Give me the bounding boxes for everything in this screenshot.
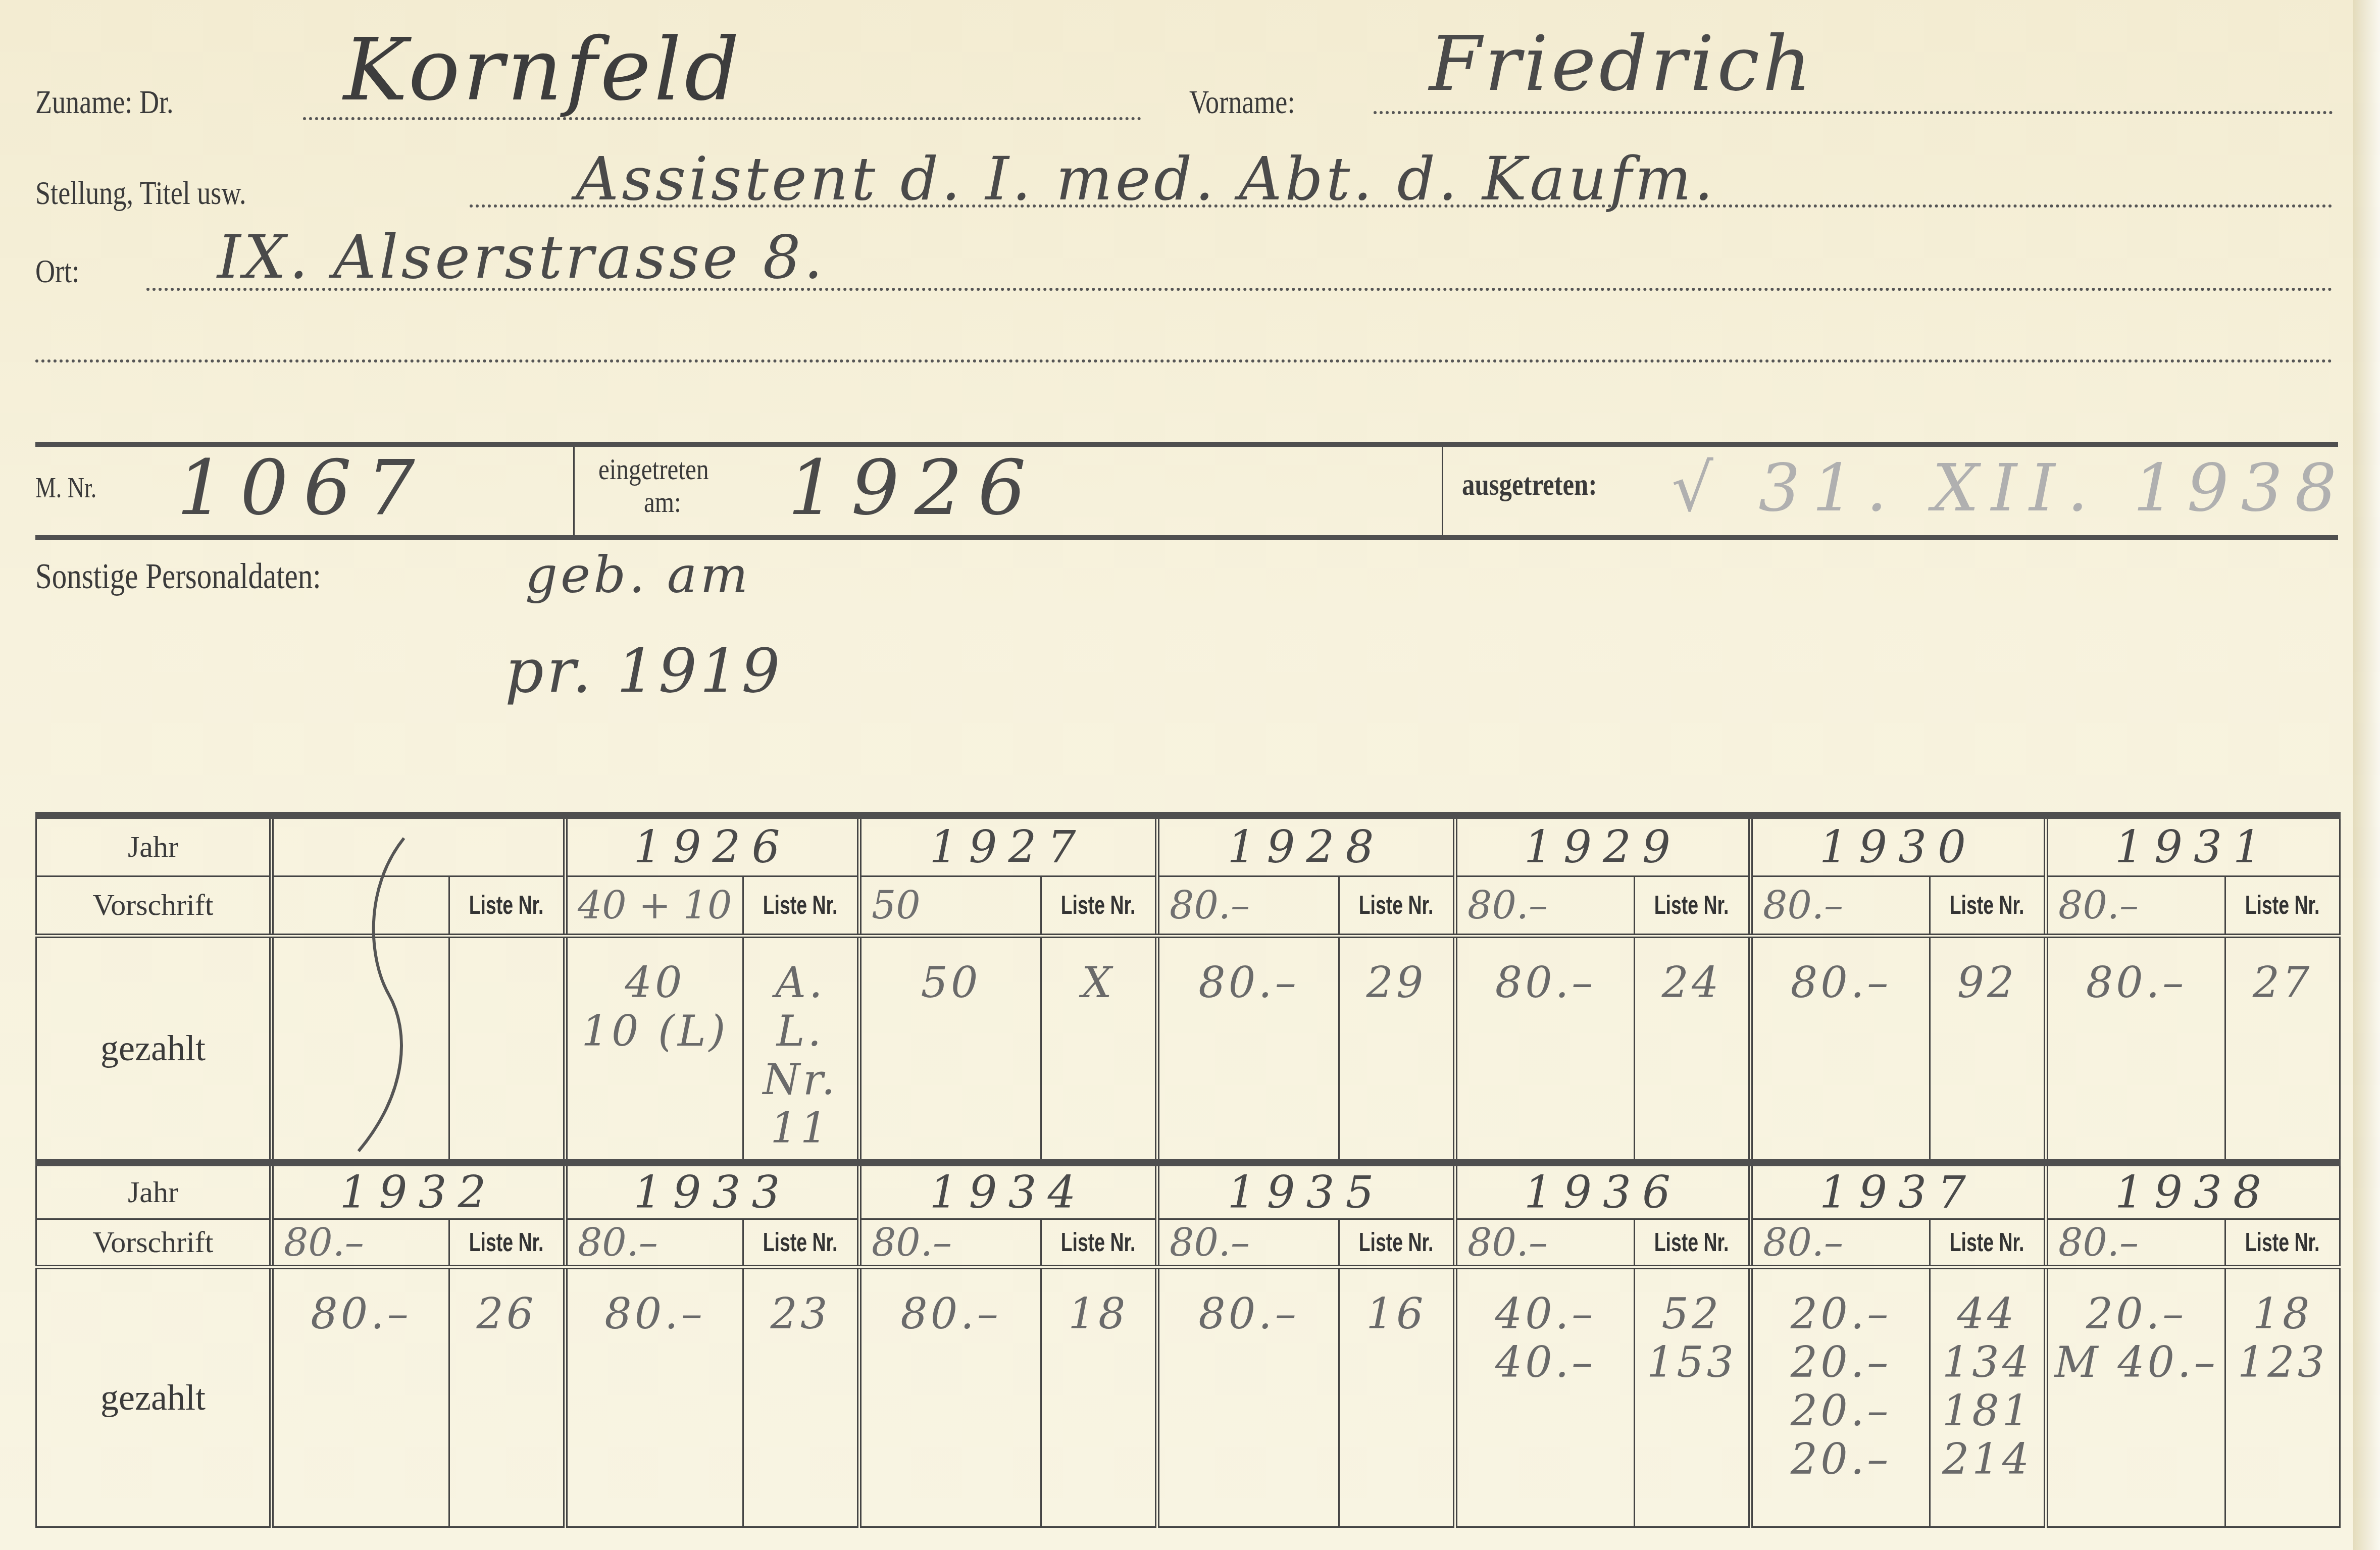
paid-amount: 50: [862, 958, 1040, 1007]
vorschrift-amount[interactable]: 80.–: [859, 1219, 1041, 1267]
liste-number: 123: [2226, 1338, 2339, 1386]
zuname-label: Zuname: Dr.: [35, 83, 174, 122]
vorschrift-amount[interactable]: 40 + 10: [566, 876, 743, 936]
liste-label: Liste Nr.: [763, 1227, 838, 1258]
paid-amount-cell[interactable]: 80.–: [859, 1267, 1041, 1527]
liste-number: 92: [1931, 958, 2044, 1007]
paid-amount-cell[interactable]: 20.–20.–20.–20.–: [1751, 1267, 1930, 1527]
vorschrift-amount[interactable]: 80.–: [1157, 876, 1339, 936]
paid-amount: 20.–: [2048, 1289, 2224, 1338]
year-cell[interactable]: 1927: [859, 815, 1157, 876]
liste-number-cell[interactable]: 44134181214: [1930, 1267, 2046, 1527]
liste-number: X: [1042, 958, 1155, 1007]
liste-header: Liste Nr.: [1041, 876, 1157, 936]
paid-amount-cell[interactable]: 4010 (L): [566, 936, 743, 1163]
paid-amount: 40: [568, 958, 742, 1007]
vorschrift-amount[interactable]: 50: [859, 876, 1041, 936]
liste-number: 214: [1931, 1435, 2044, 1483]
paid-amount: 10 (L): [568, 1007, 742, 1055]
liste-label: Liste Nr.: [1359, 1227, 1434, 1258]
membership-card: Zuname: Dr. Kornfeld Vorname: Friedrich …: [0, 0, 2353, 1550]
vorschrift-amount[interactable]: 80.–: [2046, 1219, 2225, 1267]
liste-number-cell[interactable]: 24: [1635, 936, 1751, 1163]
liste-number: Nr. 11: [744, 1055, 857, 1152]
liste-label: Liste Nr.: [1359, 890, 1434, 920]
gezahlt-label: gezahlt: [36, 936, 272, 1163]
liste-number-cell[interactable]: [449, 936, 566, 1163]
paid-amount-cell[interactable]: 80.–: [566, 1267, 743, 1527]
liste-label: Liste Nr.: [1654, 1227, 1729, 1258]
ort-label: Ort:: [35, 252, 79, 291]
liste-number: 52: [1635, 1289, 1748, 1338]
ausgetreten-label: ausgetreten:: [1462, 467, 1597, 503]
liste-number: 181: [1931, 1386, 2044, 1435]
ort-value[interactable]: IX. Alserstrasse 8.: [217, 222, 826, 292]
liste-number: 29: [1340, 958, 1453, 1007]
vorschrift-row: Vorschrift80.–Liste Nr.80.–Liste Nr.80.–…: [36, 1219, 2340, 1267]
rule-bottom: [35, 535, 2338, 540]
paid-amount: 80.–: [1159, 958, 1338, 1007]
paid-amount-cell[interactable]: 80.–: [1751, 936, 1930, 1163]
paid-amount-cell[interactable]: 80.–: [2046, 936, 2225, 1163]
vorschrift-label: Vorschrift: [36, 876, 272, 936]
vorschrift-amount[interactable]: 80.–: [566, 1219, 743, 1267]
liste-header: Liste Nr.: [1041, 1219, 1157, 1267]
liste-number: 18: [1042, 1289, 1155, 1338]
liste-header: Liste Nr.: [1339, 1219, 1455, 1267]
jahr-label: Jahr: [36, 1163, 272, 1219]
mnr-label: M. Nr.: [35, 472, 96, 504]
paid-amount: 80.–: [568, 1289, 742, 1338]
vorschrift-amount[interactable]: 80.–: [1455, 1219, 1635, 1267]
liste-header: Liste Nr.: [743, 876, 859, 936]
liste-label: Liste Nr.: [1061, 1227, 1136, 1258]
liste-header: Liste Nr.: [1339, 876, 1455, 936]
year-cell[interactable]: 1934: [859, 1163, 1157, 1219]
year-cell[interactable]: 1930: [1751, 815, 2046, 876]
liste-number-cell[interactable]: 18: [1041, 1267, 1157, 1527]
liste-number-cell[interactable]: 92: [1930, 936, 2046, 1163]
eingetreten-value[interactable]: 1926: [788, 444, 1041, 532]
year-cell[interactable]: 1933: [566, 1163, 859, 1219]
vorschrift-amount[interactable]: 80.–: [272, 1219, 449, 1267]
liste-header: Liste Nr.: [1930, 876, 2046, 936]
paid-amount: 40.–: [1457, 1289, 1634, 1338]
liste-number-cell[interactable]: X: [1041, 936, 1157, 1163]
liste-number-cell[interactable]: 18123: [2225, 1267, 2340, 1527]
liste-label: Liste Nr.: [1950, 1227, 2024, 1258]
paid-amount: 80.–: [1753, 958, 1929, 1007]
liste-label: Liste Nr.: [763, 890, 838, 920]
year-cell[interactable]: 1931: [2046, 815, 2340, 876]
year-cell[interactable]: 1929: [1455, 815, 1751, 876]
liste-label: Liste Nr.: [1061, 890, 1136, 920]
liste-number: 134: [1931, 1338, 2044, 1386]
liste-number-cell[interactable]: 27: [2225, 936, 2340, 1163]
liste-number: 26: [450, 1289, 563, 1338]
paid-amount: 80.–: [274, 1289, 448, 1338]
liste-number-cell[interactable]: A. L.Nr. 11: [743, 936, 859, 1163]
paid-amount: 20.–: [1753, 1435, 1929, 1483]
vorschrift-amount[interactable]: 80.–: [1751, 876, 1930, 936]
year-cell[interactable]: 1938: [2046, 1163, 2340, 1219]
vorschrift-amount[interactable]: 80.–: [2046, 876, 2225, 936]
liste-header: Liste Nr.: [1930, 1219, 2046, 1267]
year-cell[interactable]: 1932: [272, 1163, 566, 1219]
vorname-line: [1374, 111, 2333, 114]
year-cell[interactable]: 1936: [1455, 1163, 1751, 1219]
year-cell[interactable]: 1926: [566, 815, 859, 876]
personal-data-line-1[interactable]: geb. am: [525, 545, 751, 604]
gezahlt-label: gezahlt: [36, 1267, 272, 1527]
liste-number-cell[interactable]: 23: [743, 1267, 859, 1527]
liste-header: Liste Nr.: [1635, 876, 1751, 936]
paid-amount: 80.–: [1457, 958, 1634, 1007]
year-cell[interactable]: 1937: [1751, 1163, 2046, 1219]
ausgetreten-value[interactable]: √ 31. XII. 1938: [1672, 449, 2349, 526]
vorname-label: Vorname:: [1189, 83, 1295, 122]
liste-number-cell[interactable]: 16: [1339, 1267, 1455, 1527]
jahr-row: Jahr1932193319341935193619371938: [36, 1163, 2340, 1219]
stellung-label: Stellung, Titel usw.: [35, 174, 246, 213]
liste-number: 44: [1931, 1289, 2044, 1338]
vorname-value[interactable]: Friedrich: [1429, 20, 1814, 108]
liste-header: Liste Nr.: [743, 1219, 859, 1267]
eingetreten-label: eingetreten: [598, 452, 709, 487]
liste-number: 24: [1635, 958, 1748, 1007]
year-cell[interactable]: 1928: [1157, 815, 1455, 876]
vorschrift-amount[interactable]: 80.–: [1751, 1219, 1930, 1267]
liste-label: Liste Nr.: [469, 890, 544, 920]
vorschrift-amount[interactable]: 80.–: [1455, 876, 1635, 936]
paid-amount-cell[interactable]: 80.–: [1157, 1267, 1339, 1527]
liste-label: Liste Nr.: [2245, 1227, 2320, 1258]
liste-label: Liste Nr.: [1950, 890, 2024, 920]
paid-amount: 20.–: [1753, 1289, 1929, 1338]
paid-amount: M 40.–: [2048, 1338, 2224, 1386]
liste-number-cell[interactable]: 26: [449, 1267, 566, 1527]
personal-data-line-2[interactable]: pr. 1919: [505, 636, 783, 706]
brace-mark: [348, 828, 449, 1161]
liste-header: Liste Nr.: [449, 876, 566, 936]
liste-header: Liste Nr.: [2225, 1219, 2340, 1267]
liste-number-cell[interactable]: 29: [1339, 936, 1455, 1163]
eingetreten-am-label: am:: [644, 485, 681, 520]
year-cell[interactable]: 1935: [1157, 1163, 1455, 1219]
jahr-label: Jahr: [36, 815, 272, 876]
liste-label: Liste Nr.: [2245, 890, 2320, 920]
stellung-value[interactable]: Assistent d. I. med. Abt. d. Kaufm.: [576, 144, 1716, 214]
liste-label: Liste Nr.: [1654, 890, 1729, 920]
paid-amount-cell[interactable]: 40.–40.–: [1455, 1267, 1635, 1527]
blank-line: [35, 359, 2333, 363]
liste-label: Liste Nr.: [469, 1227, 544, 1258]
paid-amount: 80.–: [1159, 1289, 1338, 1338]
liste-number-cell[interactable]: 52153: [1635, 1267, 1751, 1527]
liste-header: Liste Nr.: [449, 1219, 566, 1267]
vorschrift-label: Vorschrift: [36, 1219, 272, 1267]
paid-amount: 40.–: [1457, 1338, 1634, 1386]
gezahlt-row: gezahlt80.–2680.–2380.–1880.–1640.–40.–5…: [36, 1267, 2340, 1527]
liste-number: 153: [1635, 1338, 1748, 1386]
liste-header: Liste Nr.: [1635, 1219, 1751, 1267]
liste-header: Liste Nr.: [2225, 876, 2340, 936]
mnr-value[interactable]: 1067: [177, 444, 430, 532]
paid-amount-cell[interactable]: 80.–: [1455, 936, 1635, 1163]
vorschrift-amount[interactable]: 80.–: [1157, 1219, 1339, 1267]
paid-amount: 80.–: [2048, 958, 2224, 1007]
paid-amount-cell[interactable]: 80.–: [1157, 936, 1339, 1163]
liste-number: 16: [1340, 1289, 1453, 1338]
paid-amount-cell[interactable]: 50: [859, 936, 1041, 1163]
divider-2: [1442, 447, 1443, 535]
liste-number: 18: [2226, 1289, 2339, 1338]
liste-number: 27: [2226, 958, 2339, 1007]
card-edge: [2353, 0, 2380, 1550]
personal-data-label: Sonstige Personaldaten:: [35, 555, 321, 597]
liste-number: 23: [744, 1289, 857, 1338]
paid-amount: 80.–: [862, 1289, 1040, 1338]
divider-1: [573, 447, 575, 535]
paid-amount-cell[interactable]: 20.–M 40.–: [2046, 1267, 2225, 1527]
zuname-value[interactable]: Kornfeld: [343, 20, 742, 120]
paid-amount: 20.–: [1753, 1386, 1929, 1435]
liste-number: A. L.: [744, 958, 857, 1055]
paid-amount-cell[interactable]: 80.–: [272, 1267, 449, 1527]
paid-amount: 20.–: [1753, 1338, 1929, 1386]
